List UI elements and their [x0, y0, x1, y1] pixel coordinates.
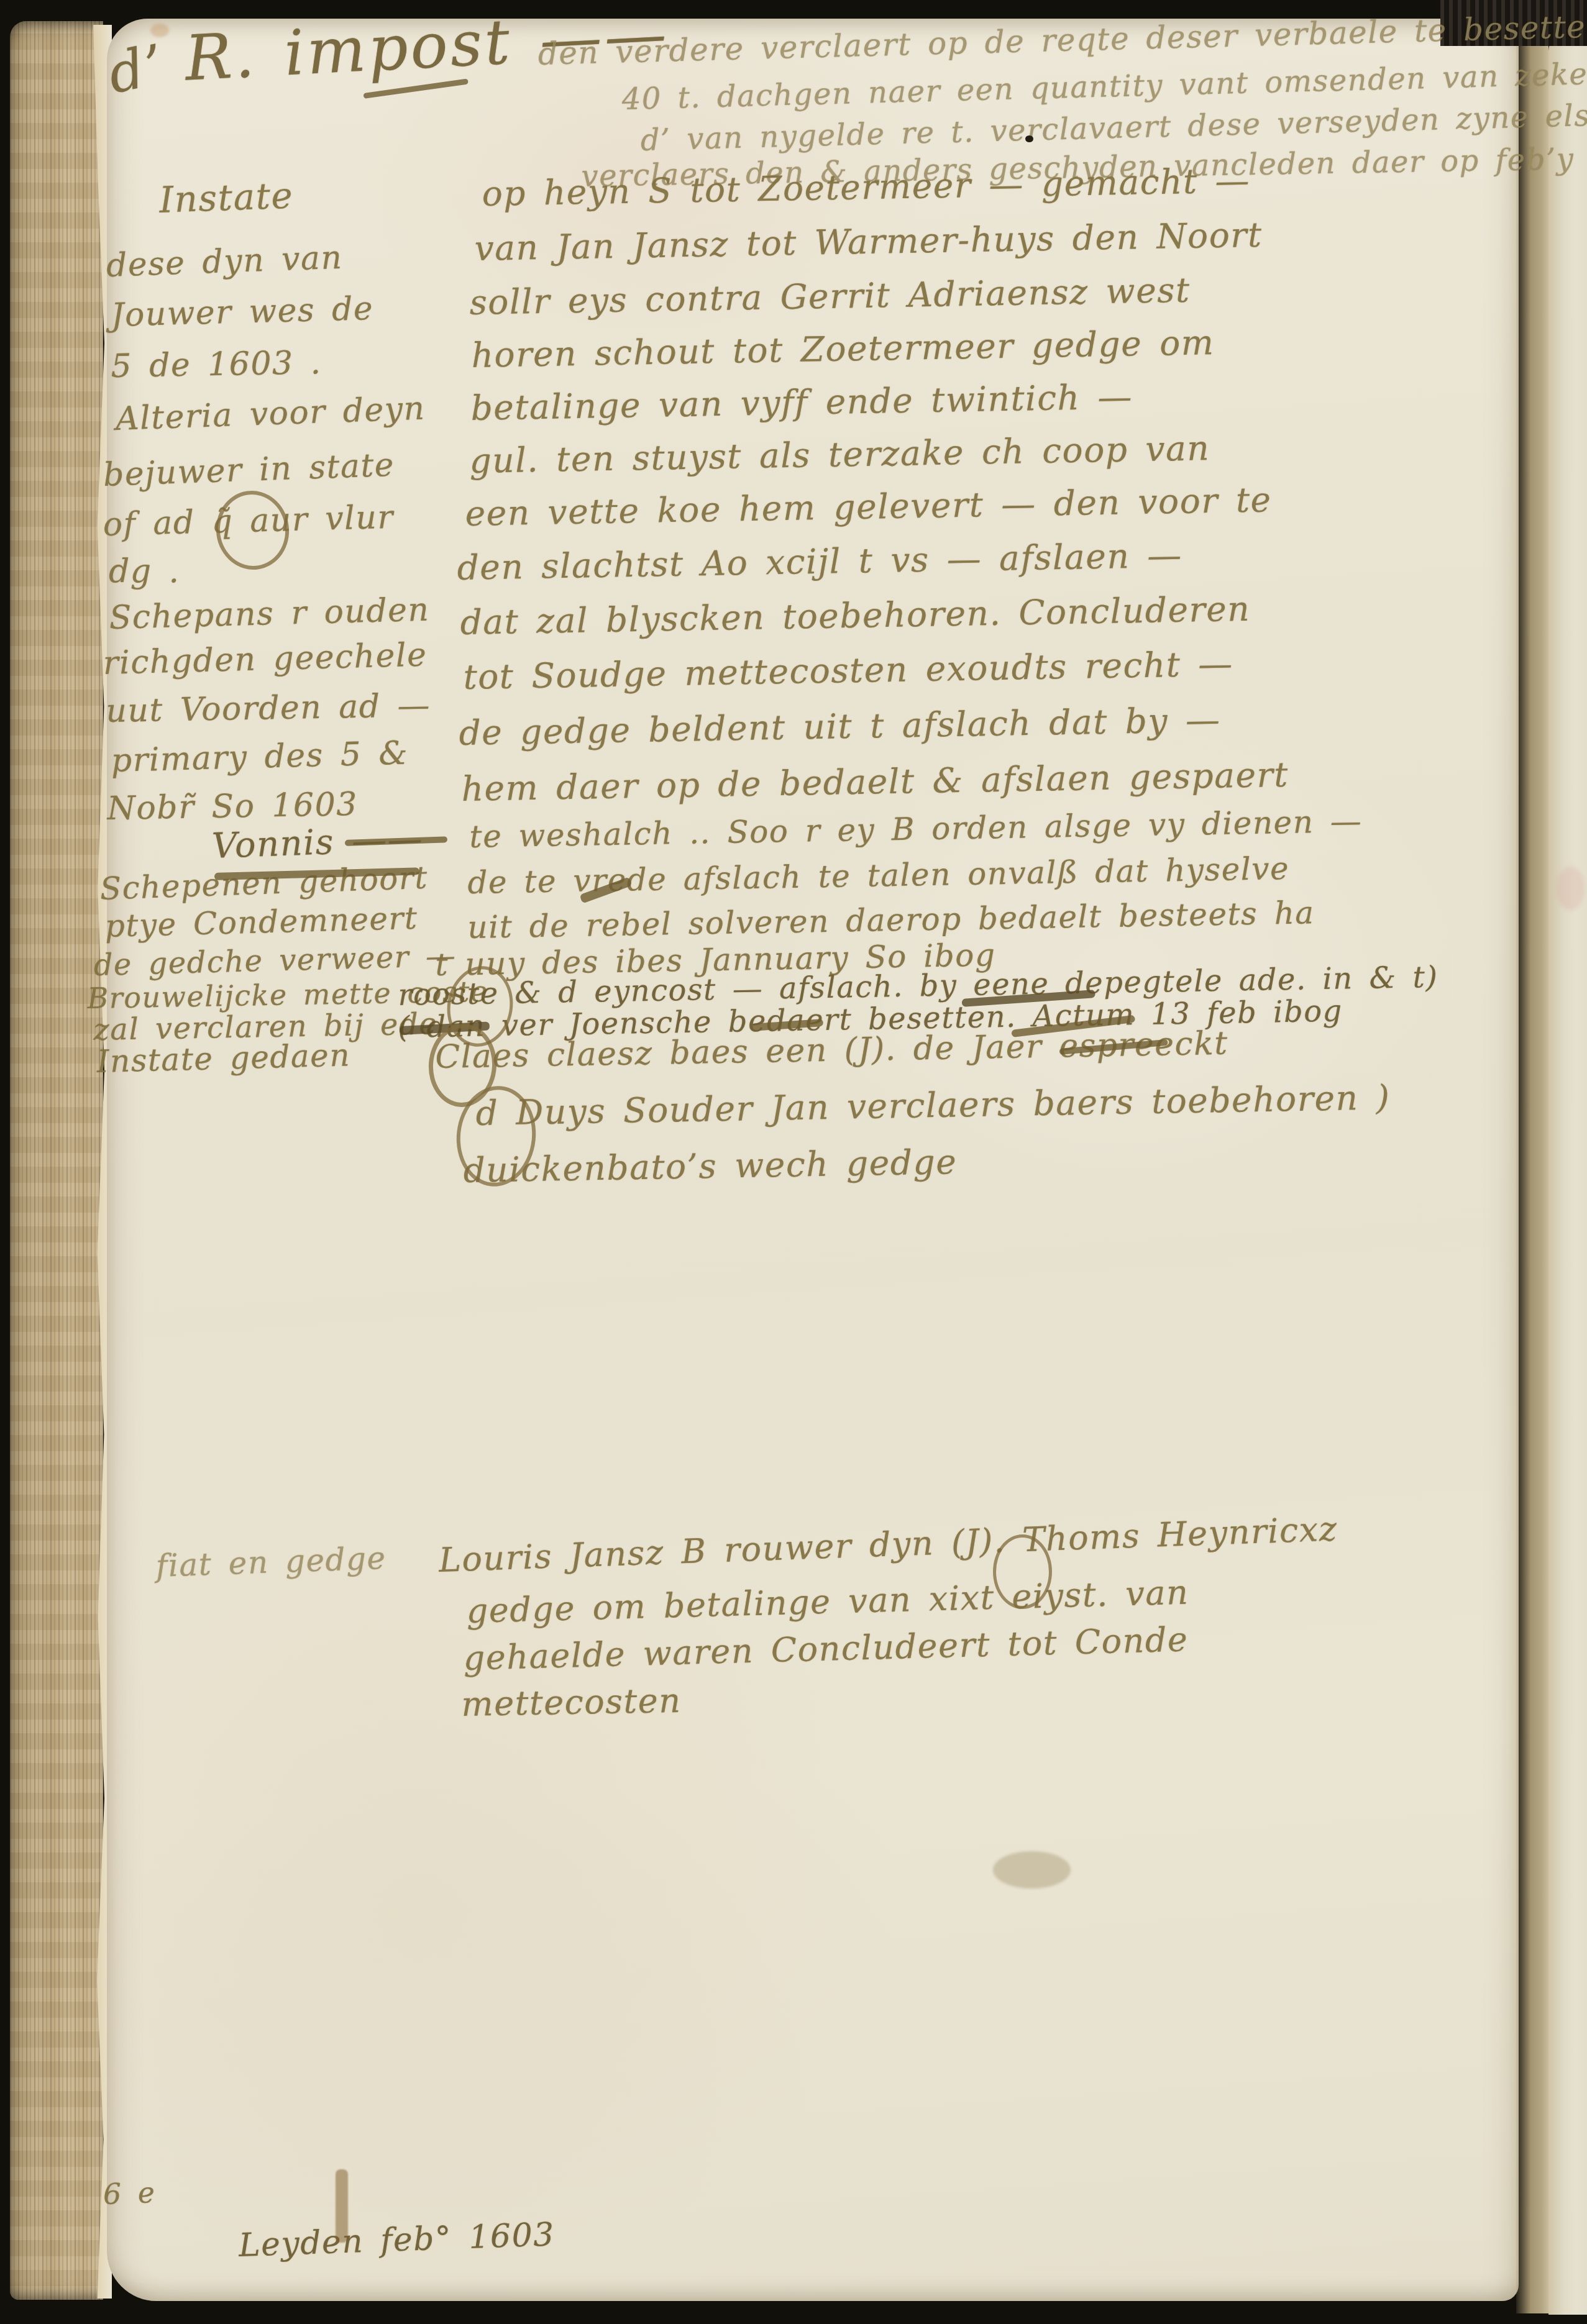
margin-note: Instate — [158, 174, 294, 221]
manuscript-photo: d’ R. impost —— den verdere verclaert op… — [0, 0, 1587, 2324]
margin-note: uut Voorden ad — — [106, 687, 431, 730]
ink-circle — [993, 1534, 1052, 1609]
ink-blot — [336, 2169, 348, 2243]
page-gutter-shadow — [1516, 27, 1548, 2313]
fox-spot — [1557, 867, 1585, 910]
margin-note: Jouwer wes de — [111, 290, 374, 334]
fox-spot — [150, 24, 169, 37]
margin-note: Instate gedaen — [96, 1037, 351, 1080]
book-fore-edge — [10, 21, 103, 2300]
folio-number: 6 e — [103, 2176, 156, 2211]
margin-note: primary des 5 & — [111, 734, 409, 780]
margin-note: dg . — [109, 553, 180, 590]
ink-speck — [1025, 135, 1033, 142]
text-line: mettecosten — [461, 1681, 682, 1724]
facing-page-edge — [1548, 32, 1587, 2315]
margin-note: Nobr̃ So 1603 — [107, 786, 358, 827]
stain — [993, 1851, 1071, 1889]
margin-note: 5 de 1603 . — [111, 344, 322, 385]
